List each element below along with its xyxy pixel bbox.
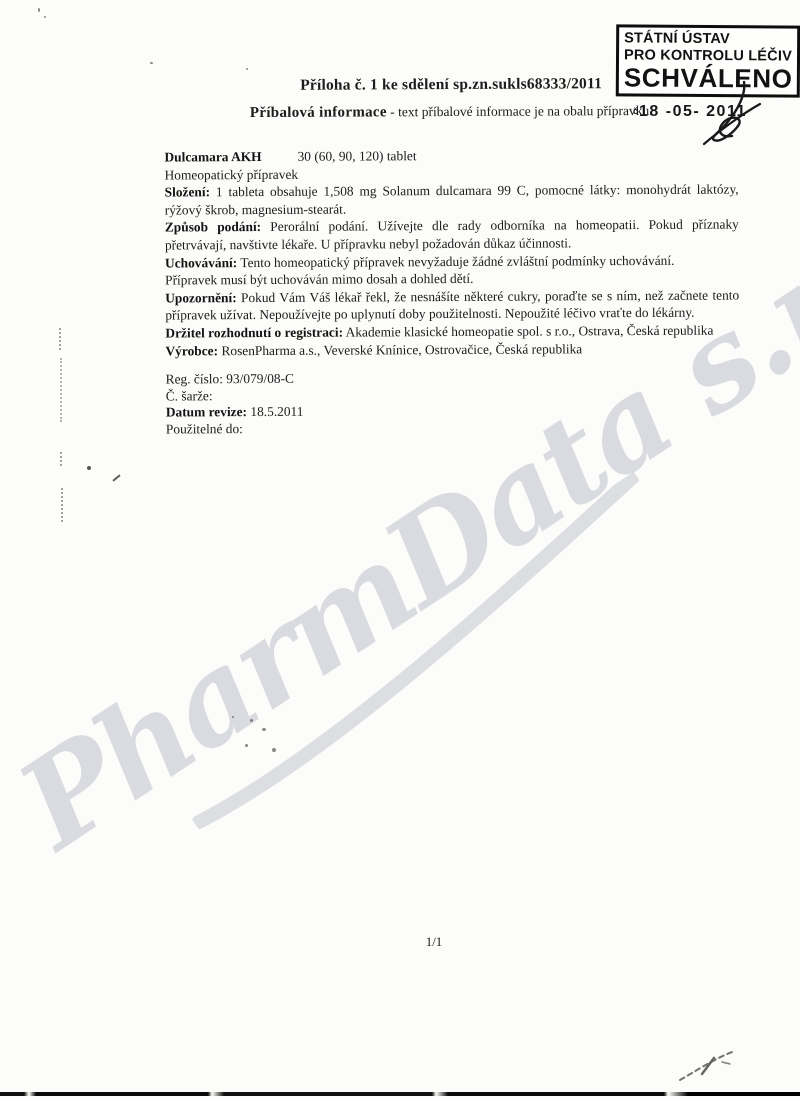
section-label: Držitel rozhodnutí o registraci: [165, 325, 343, 341]
section-text: 1 tableta obsahuje 1,508 mg Solanum dulc… [165, 182, 739, 218]
scan-border-line [0, 1092, 800, 1096]
pen-tick [112, 474, 120, 481]
section-upozorneni: Upozornění: Pokud Vám Váš lékař řekl, že… [165, 286, 739, 324]
section-label: Způsob podání: [165, 219, 261, 235]
ink-speck [262, 728, 266, 731]
section-drzitel-registrace: Držitel rozhodnutí o registraci: Akademi… [165, 321, 739, 342]
section-label: Složení: [165, 184, 210, 199]
attachment-title: Příloha č. 1 ke sdělení sp.zn.sukls68333… [164, 74, 738, 95]
section-text: Přípravek musí být uchováván mimo dosah … [165, 271, 473, 288]
ink-speck [232, 716, 234, 718]
ink-speck [245, 744, 248, 747]
section-label: Uchovávání: [165, 255, 237, 270]
product-name: Dulcamara AKH [164, 149, 261, 165]
stamp-authority-line1: STÁTNÍ ÚSTAV [624, 30, 792, 48]
ink-speck [87, 466, 91, 470]
leaflet-note: - text příbalové informace je na obalu p… [390, 103, 652, 119]
section-text: Pokud Vám Váš lékař řekl, že nesnášíte n… [165, 287, 739, 323]
leaflet-subtitle: Příbalová informace - text příbalové inf… [164, 102, 738, 122]
ink-speck [44, 16, 46, 18]
revision-label: Datum revize: [166, 404, 247, 419]
expiry-line: Použitelné do: [166, 418, 740, 438]
scan-edge-artifact [59, 328, 61, 350]
scanned-leaflet-page: PharmData s.r.o. STÁTNÍ ÚSTAV PRO KONTRO… [0, 0, 800, 1100]
section-label: Výrobce: [165, 343, 218, 358]
revision-date: 18.5.2011 [250, 404, 303, 419]
ink-speck [250, 719, 253, 722]
section-slozeni: Složení: 1 tableta obsahuje 1,508 mg Sol… [165, 181, 739, 219]
section-text: RosenPharma a.s., Veverské Knínice, Ostr… [221, 341, 582, 358]
ink-speck [246, 68, 248, 70]
section-label: Upozornění: [165, 290, 236, 305]
section-text: Tento homeopatický přípravek nevyžaduje … [240, 252, 674, 269]
scan-edge-artifact [60, 358, 62, 422]
section-vyrobce: Výrobce: RosenPharma a.s., Veverské Knín… [165, 339, 739, 360]
document-content: Příloha č. 1 ke sdělení sp.zn.sukls68333… [164, 74, 740, 437]
section-text: Akademie klasické homeopatie spol. s r.o… [346, 323, 714, 340]
section-uchovavani: Uchovávání: Tento homeopatický přípravek… [165, 251, 739, 272]
registration-block: Reg. číslo: 93/079/08-C Č. šarže: Datum … [166, 369, 740, 438]
scan-edge-artifact [60, 452, 62, 466]
ink-speck [272, 748, 276, 752]
leaflet-heading: Příbalová informace [250, 104, 387, 121]
pencil-scribble [676, 1044, 746, 1086]
leaflet-body: Dulcamara AKH30 (60, 90, 120) tablet Hom… [164, 145, 740, 437]
section-zpusob-podani: Způsob podání: Perorální podání. Užívejt… [165, 216, 739, 254]
watermark-flourish [167, 472, 673, 839]
ink-speck [38, 8, 40, 12]
ink-speck [150, 62, 153, 64]
scan-edge-artifact [61, 488, 63, 522]
page-number: 1/1 [404, 934, 464, 950]
product-pack-sizes: 30 (60, 90, 120) tablet [298, 148, 417, 164]
